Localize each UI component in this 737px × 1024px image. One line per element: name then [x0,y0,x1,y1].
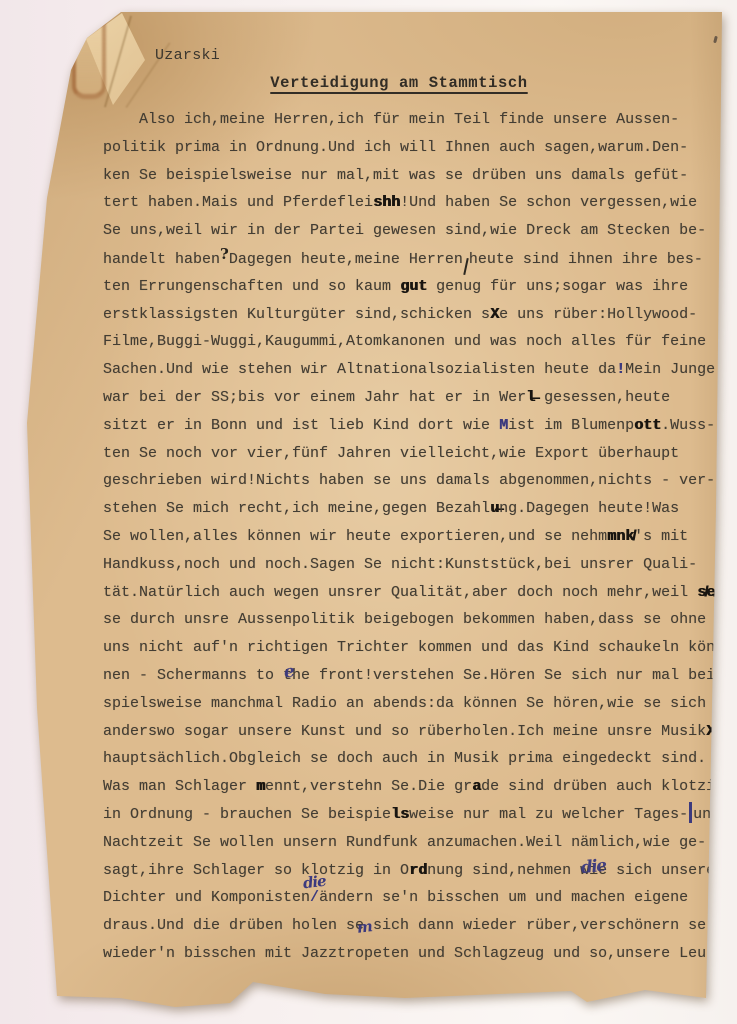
typed-line-24: hauptsächlich.Obgleich se doch auch in M… [103,745,731,773]
typed-line-22: spielsweise manchmal Radio an abends:da … [103,690,731,718]
typed-text: und [693,806,720,823]
typed-text: ist im Blumenp [508,417,634,434]
typed-text: .Wuss- [661,417,715,434]
typed-text: Sachen.Und wie stehen wir Altnationalsoz… [103,361,616,378]
typed-line-12: sitzt er in Bonn und ist lieb Kind dort … [103,412,731,440]
ink-correction: M [499,417,508,434]
typed-text: geschrieben wird!Nichts haben se uns dam… [103,472,715,489]
typed-text: tät.Natürlich auch wegen unsrer Qualität… [103,584,697,601]
typed-text: hauptsächlich.Obgleich se doch auch in M… [103,750,706,767]
typed-line-4: tert haben.Mais und Pferdefleishh!Und ha… [103,189,731,217]
typed-line-8: erstklassigsten Kulturgüter sind,schicke… [103,301,731,329]
overtype-correction: rd [409,862,427,879]
typed-text: erstklassigsten Kulturgüter sind,schicke… [103,306,490,323]
typed-line-17: Handkuss,noch und noch.Sagen Se nicht:Ku… [103,551,731,579]
typed-line-1: Also ich,meine Herren,ich für mein Teil … [103,106,731,134]
ink-insertion-text: m [355,913,373,942]
overtype-correction: l̶ [526,389,535,406]
typed-text: sitzt er in Bonn und ist lieb Kind dort … [103,417,499,434]
typed-text: Also ich,meine Herren,ich für mein Teil … [103,111,679,128]
ink-overwrite-text: e [283,659,295,688]
typed-text: ändern se'n bisschen um und machen eigen… [319,889,688,906]
typed-text: e uns rüber:Hollywood- [499,306,697,323]
typed-text: ten Errungenschaften und so kaum [103,278,400,295]
ink-stroke [689,802,692,823]
typed-line-23: anderswo sogar unsere Kunst und so rüber… [103,718,731,746]
typed-text: Dichter und Komponisten [103,889,310,906]
typed-text: anderswo sogar unsere Kunst und so rüber… [103,723,706,740]
typed-line-7: ten Errungenschaften und so kaum gut gen… [103,273,731,301]
typed-line-9: Filme,Buggi-Wuggi,Kaugummi,Atomkanonen u… [103,328,731,356]
typed-text: war bei der SS;bis vor einem Jahr hat er… [103,389,526,406]
ink-overwrite: thee [283,662,310,690]
typed-text: ennt,verstehn Se.Die gr [265,778,472,795]
typed-text: Dagegen heute,meine Herren [229,251,463,268]
typed-text: uns nicht auf'n richtigen Trichter komme… [103,639,724,656]
overtype-correction: ott [634,417,661,434]
typed-text: draus.Und die drüben holen se sich dann … [103,917,706,934]
overtype-correction: u̶ [490,500,499,517]
ink-overwrite-text: die [580,852,607,882]
typed-text: Was man Schlager [103,778,256,795]
typed-text: peten und Schlagzeug und so,unsere Leu- [364,945,715,962]
typed-text: se durch unsre Aussenpolitik beigebogen … [103,611,706,628]
typed-text: Se uns,weil wir in der Partei gewesen si… [103,222,706,239]
typed-text: Handkuss,noch und noch.Sagen Se nicht:Ku… [103,556,697,573]
typed-line-31: wieder'n bisschen mit Jazztrompeten und … [103,940,731,968]
typed-text: Nachtzeit Se wollen unsern Rundfunk anzu… [103,834,706,851]
typed-line-6: handelt haben?Dagegen heute,meine Herren… [103,245,731,273]
typed-text: tert haben.Mais und Pferdeflei [103,194,373,211]
typed-line-11: war bei der SS;bis vor einem Jahr hat er… [103,384,731,412]
typed-text: nen - Schermanns to [103,667,283,684]
typed-line-15: stehen Se mich recht,ich meine,gegen Bez… [103,495,731,523]
typed-line-30: draus.Und die drüben holen se sich dann … [103,912,731,940]
typed-text: ten Se noch vor vier,fünf Jahren viellei… [103,445,679,462]
typed-text: stehen Se mich recht,ich meine,gegen Bez… [103,500,490,517]
ink-insertion: /die [310,884,319,912]
typed-text: 's mit [634,528,688,545]
overtype-correction: shh [373,194,400,211]
typed-line-2: politik prima in Ordnung.Und ich will Ih… [103,134,731,162]
author-name: Uzarski [155,46,731,66]
typed-text: in Ordnung - brauchen Se beispie [103,806,391,823]
typed-text: weise nur mal zu welcher Tages- [409,806,688,823]
typed-text: ng.Dagegen heute!Was [499,500,679,517]
typed-text: politik prima in Ordnung.Und ich will Ih… [103,139,688,156]
typed-line-21: nen - Schermanns to thee front!verstehen… [103,662,731,690]
typed-text: spielsweise manchmal Radio an abends:da … [103,695,706,712]
page-shadow: Uzarski Verteidigung am Stammtisch Also … [0,0,737,1024]
typed-text: de sind drüben auch klotzig [481,778,724,795]
typescript-page: Uzarski Verteidigung am Stammtisch Also … [25,8,725,1010]
typed-text: front!verstehen Se.Hören Se sich nur mal… [310,667,724,684]
overtype-correction: a [472,778,481,795]
overtype-correction: X̸ [706,723,715,740]
overtype-correction: m [256,778,265,795]
typed-text: sagt,ihre Schlager so klotzig in O [103,862,409,879]
overtype-correction: s̸e̸ [697,584,715,601]
document-title: Verteidigung am Stammtisch [270,74,527,92]
title-row: Verteidigung am Stammtisch [85,74,713,92]
typed-content: Uzarski Verteidigung am Stammtisch Also … [103,46,731,968]
ink-overwrite: wiedie [580,857,607,885]
typed-text: genug für uns;sogar was ihre [427,278,688,295]
typed-text: sich unsere [607,862,715,879]
typed-line-28: sagt,ihre Schlager so klotzig in Ordnung… [103,857,731,885]
typed-line-27: Nachtzeit Se wollen unsern Rundfunk anzu… [103,829,731,857]
typed-text: Mein Junge [625,361,715,378]
typed-text: nung sind,nehmen [427,862,580,879]
typed-text: wieder'n bisschen mit Jazztro [103,945,364,962]
overtype-correction: X [490,306,499,323]
overtype-correction: ls [391,806,409,823]
typed-line-19: se durch unsre Aussenpolitik beigebogen … [103,606,731,634]
typed-text: gesessen,heute [535,389,670,406]
typed-line-13: ten Se noch vor vier,fünf Jahren viellei… [103,440,731,468]
typed-line-29: Dichter und Komponisten/dieändern se'n b… [103,884,731,912]
typed-line-5: Se uns,weil wir in der Partei gewesen si… [103,217,731,245]
typed-text: heute sind ihnen ihre bes- [469,251,703,268]
typed-line-10: Sachen.Und wie stehen wir Altnationalsoz… [103,356,731,384]
typed-text: handelt haben [103,251,220,268]
overtype-correction: mnk̸ [607,528,634,545]
typed-text: ken Se beispielsweise nur mal,mit was se… [103,167,688,184]
typed-line-14: geschrieben wird!Nichts haben se uns dam… [103,467,731,495]
ink-correction: ! [616,361,625,378]
typed-text: Se wollen,alles können wir heute exporti… [103,528,607,545]
handwritten-question-mark: ? [220,245,229,263]
typed-body: Also ich,meine Herren,ich für mein Teil … [103,106,731,968]
overtype-correction: gut [400,278,427,295]
ink-insertion-text: die [301,868,327,898]
typed-text: Filme,Buggi-Wuggi,Kaugummi,Atomkanonen u… [103,333,706,350]
typed-line-20: uns nicht auf'n richtigen Trichter komme… [103,634,731,662]
typed-text: !Und haben Se schon vergessen,wie [400,194,697,211]
typed-line-25: Was man Schlager mennt,verstehn Se.Die g… [103,773,731,801]
typed-line-16: Se wollen,alles können wir heute exporti… [103,523,731,551]
typed-line-3: ken Se beispielsweise nur mal,mit was se… [103,162,731,190]
typed-line-26: in Ordnung - brauchen Se beispielsweise … [103,801,731,829]
typed-line-18: tät.Natürlich auch wegen unsrer Qualität… [103,579,731,607]
